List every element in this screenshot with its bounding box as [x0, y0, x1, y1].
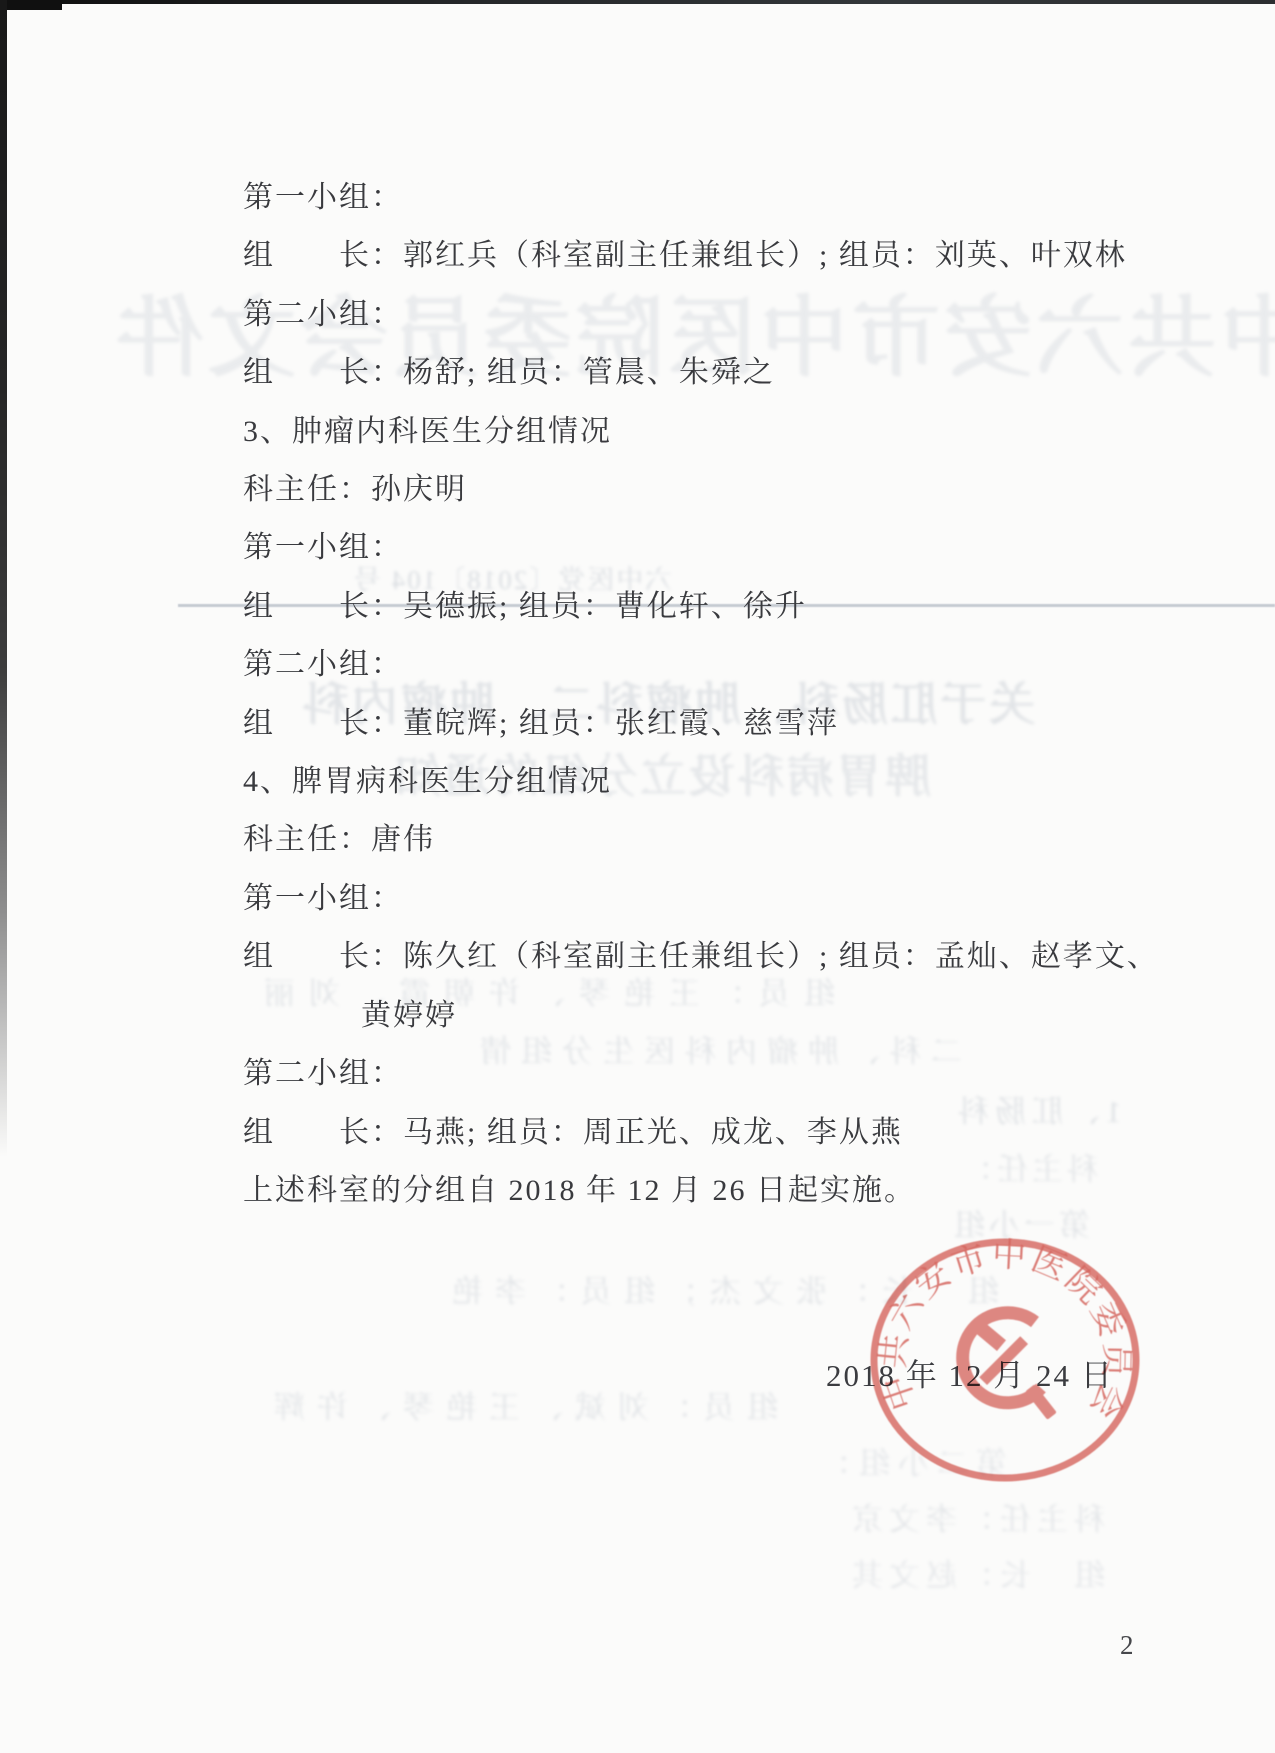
body-line: 第一小组： [243, 169, 1223, 227]
scan-edge-left [0, 0, 7, 1753]
bleed-fragment: 组员：刘斌、王艳琴、许辉 [262, 1382, 778, 1427]
page-number: 2 [1120, 1630, 1134, 1661]
body-line: 第二小组： [243, 1045, 1223, 1103]
body-line: 第二小组： [243, 636, 1223, 694]
seal-graphic: 中共六安市中医院委员会 [874, 1236, 1136, 1478]
document-body: 第一小组：组 长：郭红兵（科室副主任兼组长）; 组员：刘英、叶双林第二小组：组 … [243, 169, 1223, 1220]
bleed-fragment: 科主任：李文京 [846, 1494, 1105, 1539]
body-line: 组 长：董皖辉; 组员：张红霞、慈雪萍 [243, 695, 1223, 753]
body-line: 科主任：孙庆明 [243, 461, 1223, 519]
body-line: 第一小组： [243, 519, 1223, 577]
scan-edge-top [0, 0, 1275, 4]
official-seal-stamp: 中共六安市中医院委员会 [862, 1236, 1148, 1492]
hammer-sickle-icon [963, 1313, 1057, 1420]
body-line: 组 长：马燕; 组员：周正光、成龙、李从燕 [243, 1104, 1223, 1162]
bleed-fragment: 组 长：赵文其 [846, 1550, 1105, 1595]
body-line: 组 长：陈久红（科室副主任兼组长）; 组员：孟灿、赵孝文、 [243, 928, 1223, 986]
body-line: 上述科室的分组自 2018 年 12 月 26 日起实施。 [243, 1162, 1223, 1220]
body-line: 组 长：郭红兵（科室副主任兼组长）; 组员：刘英、叶双林 [243, 227, 1223, 285]
body-line: 第一小组： [243, 870, 1223, 928]
body-line: 组 长：吴德振; 组员：曹化轩、徐升 [243, 578, 1223, 636]
body-line: 4、脾胃病科医生分组情况 [243, 753, 1223, 811]
body-line: 黄婷婷 [243, 987, 1223, 1045]
body-line: 第二小组： [243, 286, 1223, 344]
body-line: 科主任：唐伟 [243, 811, 1223, 869]
body-line: 组 长：杨舒; 组员：管晨、朱舜之 [243, 344, 1223, 402]
body-line: 3、肿瘤内科医生分组情况 [243, 403, 1223, 461]
